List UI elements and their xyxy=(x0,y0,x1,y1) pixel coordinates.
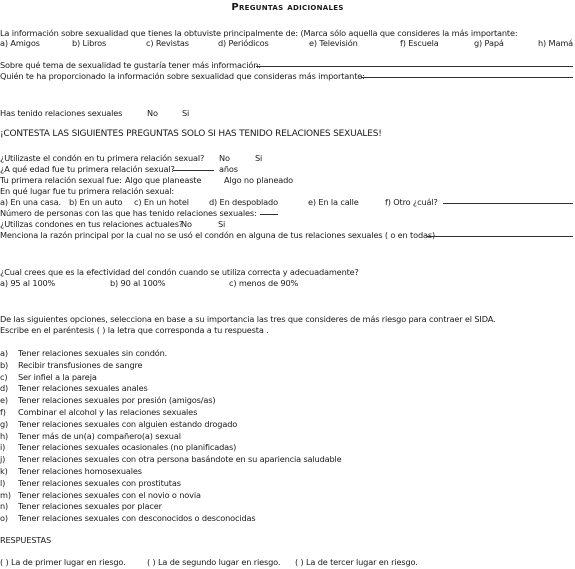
question-effectiveness: ¿Cual crees que es la efectividad del co… xyxy=(0,267,359,277)
risk-instruction-1: De las siguientes opciones, selecciona e… xyxy=(0,314,495,324)
risk-option-letter: c) xyxy=(0,372,7,382)
risk-option-letter: l) xyxy=(0,478,5,488)
answer-line-place-other[interactable] xyxy=(443,203,573,204)
risk-option-text: Tener más de un(a) compañero(a) sexual xyxy=(18,431,181,441)
risk-option-text: Tener relaciones sexuales con otra perso… xyxy=(18,454,342,464)
question-info-source: La información sobre sexualidad que tien… xyxy=(0,28,517,38)
risk-option-text: Tener relaciones sexuales con prostituta… xyxy=(18,478,181,488)
option-effectiveness-b[interactable]: b) 90 al 100% xyxy=(110,278,165,288)
question-reason: Menciona la razón principal por la cual … xyxy=(0,230,435,240)
answer-line-reason[interactable] xyxy=(427,236,573,237)
answer-line-age[interactable] xyxy=(173,170,214,171)
option-planned[interactable]: Algo que planeaste xyxy=(125,175,201,185)
question-condom-now: ¿Utilizas condones en tus relaciones act… xyxy=(0,219,183,229)
option-had-sex-yes[interactable]: Si xyxy=(182,108,189,118)
answer-line-partners[interactable] xyxy=(260,214,278,215)
risk-option-text: Tener relaciones sexuales sin condón. xyxy=(18,348,167,358)
answers-heading: RESPUESTAS xyxy=(0,535,51,545)
option-revistas[interactable]: c) Revistas xyxy=(146,38,189,48)
answer-third-place[interactable]: ( ) La de tercer lugar en riesgo. xyxy=(295,557,418,567)
risk-option-letter: i) xyxy=(0,442,5,452)
option-effectiveness-c[interactable]: c) menos de 90% xyxy=(229,278,298,288)
risk-instruction-2: Escribe en el paréntesis ( ) la letra qu… xyxy=(0,325,269,335)
risk-option-text: Tener relaciones sexuales con el novio o… xyxy=(18,490,201,500)
option-periodicos[interactable]: d) Periódicos xyxy=(218,38,269,48)
risk-option-text: Tener relaciones sexuales por presión (a… xyxy=(18,395,215,405)
notice-heading: ¡CONTESTA LAS SIGUIENTES PREGUNTAS SOLO … xyxy=(0,129,382,139)
risk-option-text: Tener relaciones sexuales con desconocid… xyxy=(18,513,256,523)
risk-option-text: Ser infiel a la pareja xyxy=(18,372,97,382)
option-place-hotel[interactable]: c) En un hotel xyxy=(134,197,189,207)
option-place-casa[interactable]: a) En una casa. xyxy=(0,197,61,207)
question-had-sex: Has tenido relaciones sexuales xyxy=(0,108,122,118)
risk-option-text: Tener relaciones sexuales ocasionales (n… xyxy=(18,442,236,452)
question-condom-first: ¿Utilizaste el condón en tu primera rela… xyxy=(0,153,204,163)
option-escuela[interactable]: f) Escuela xyxy=(400,38,439,48)
option-mama[interactable]: h) Mamá xyxy=(538,38,573,48)
risk-option-letter: e) xyxy=(0,395,8,405)
question-provider: Quién te ha proporcionado la información… xyxy=(0,71,365,81)
option-had-sex-no[interactable]: No xyxy=(147,108,158,118)
answer-line-topic[interactable] xyxy=(256,66,573,67)
question-place: En qué lugar fue tu primera relación sex… xyxy=(0,186,174,196)
option-effectiveness-a[interactable]: a) 95 al 100% xyxy=(0,278,55,288)
risk-option-letter: j) xyxy=(0,454,5,464)
question-age-first: ¿A qué edad fue tu primera relación sexu… xyxy=(0,164,175,174)
option-place-otro[interactable]: f) Otro ¿cuál? xyxy=(385,197,438,207)
answer-line-provider[interactable] xyxy=(361,77,573,78)
answer-second-place[interactable]: ( ) La de segundo lugar en riesgo. xyxy=(147,557,280,567)
risk-option-text: Combinar el alcohol y las relaciones sex… xyxy=(18,407,197,417)
risk-option-letter: n) xyxy=(0,501,8,511)
risk-option-letter: o) xyxy=(0,513,8,523)
question-planned: Tu primera relación sexual fue: xyxy=(0,175,122,185)
risk-option-text: Recibir transfusiones de sangre xyxy=(18,360,142,370)
option-condom-first-no[interactable]: No xyxy=(219,153,230,163)
risk-option-letter: h) xyxy=(0,431,8,441)
option-place-auto[interactable]: b) En un auto xyxy=(69,197,122,207)
option-papa[interactable]: g) Papá xyxy=(474,38,504,48)
risk-option-letter: d) xyxy=(0,383,8,393)
risk-option-letter: m) xyxy=(0,490,11,500)
option-condom-now-no[interactable]: No xyxy=(181,219,192,229)
option-not-planned[interactable]: Algo no planeado xyxy=(224,175,293,185)
option-amigos[interactable]: a) Amigos xyxy=(0,38,40,48)
question-partners: Número de personas con las que has tenid… xyxy=(0,208,257,218)
option-condom-first-yes[interactable]: Si xyxy=(255,153,262,163)
answer-first-place[interactable]: ( ) La de primer lugar en riesgo. xyxy=(0,557,126,567)
risk-option-text: Tener relaciones sexuales anales xyxy=(18,383,148,393)
risk-option-letter: b) xyxy=(0,360,8,370)
risk-option-text: Tener relaciones homosexuales xyxy=(18,466,142,476)
option-place-calle[interactable]: e) En la calle xyxy=(308,197,359,207)
risk-option-letter: a) xyxy=(0,348,8,358)
age-unit-label: años xyxy=(219,164,238,174)
option-television[interactable]: e) Televisión xyxy=(309,38,358,48)
option-place-despoblado[interactable]: d) En despoblado xyxy=(209,197,278,207)
risk-option-letter: g) xyxy=(0,419,8,429)
risk-option-letter: f) xyxy=(0,407,6,417)
risk-option-text: Tener relaciones sexuales con alguien es… xyxy=(18,419,237,429)
option-libros[interactable]: b) Libros xyxy=(72,38,106,48)
risk-option-letter: k) xyxy=(0,466,8,476)
option-condom-now-yes[interactable]: Si xyxy=(218,219,225,229)
question-topic: Sobre qué tema de sexualidad te gustaría… xyxy=(0,60,261,70)
risk-option-text: Tener relaciones sexuales por placer xyxy=(18,501,162,511)
page-title: Preguntas adicionales xyxy=(0,3,575,13)
